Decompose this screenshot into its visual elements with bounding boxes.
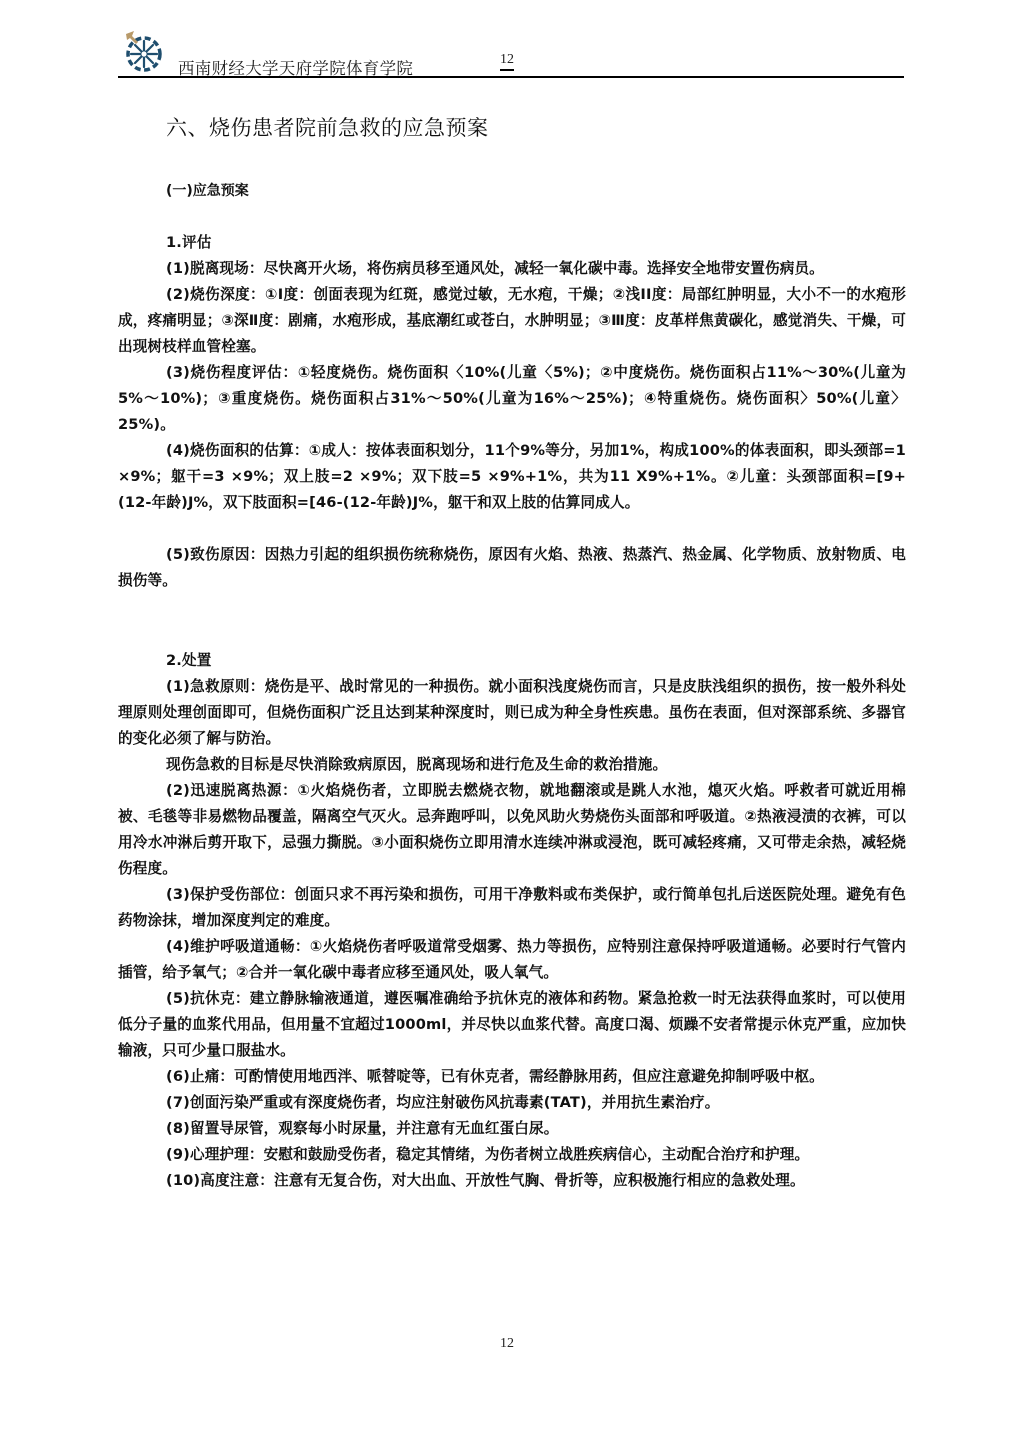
treatment-item: (2)迅速脱离热源：①火焰烧伤者，立即脱去燃烧衣物，就地翻滚或是跳人水池，熄灭火… [118, 778, 906, 882]
treatment-item: (7)创面污染严重或有深度烧伤者，均应注射破伤风抗毒素(TAT)，并用抗生素治疗… [118, 1090, 906, 1116]
assessment-item: (5)致伤原因：因热力引起的组织损伤统称烧伤，原因有火焰、热液、热蒸汽、热金属、… [118, 542, 906, 594]
assessment-section: 1.评估 (1)脱离现场：尽快离开火场，将伤病员移至通风处，减轻一氧化碳中毒。选… [118, 230, 906, 594]
assessment-item: (1)脱离现场：尽快离开火场，将伤病员移至通风处，减轻一氧化碳中毒。选择安全地带… [118, 256, 906, 282]
section-heading: (一)应急预案 [166, 180, 249, 200]
assessment-heading: 1.评估 [118, 230, 906, 256]
assessment-item: (4)烧伤面积的估算：①成人：按体表面积划分，11个9%等分，另加1%，构成10… [118, 438, 906, 516]
page-header: 西南财经大学天府学院体育学院 12 [118, 28, 904, 78]
treatment-item: (4)维护呼吸道通畅：①火焰烧伤者呼吸道常受烟雾、热力等损伤，应特别注意保持呼吸… [118, 934, 906, 986]
treatment-item: (8)留置导尿管，观察每小时尿量，并注意有无血红蛋白尿。 [118, 1116, 906, 1142]
treatment-item: (3)保护受伤部位：创面只求不再污染和损伤，可用干净敷料或布类保护，或行简单包扎… [118, 882, 906, 934]
header-page-number: 12 [500, 52, 514, 71]
university-logo-icon [122, 28, 166, 74]
page-title: 六、烧伤患者院前急救的应急预案 [166, 112, 489, 142]
treatment-item: (5)抗休克：建立静脉输液通道，遵医嘱准确给予抗休克的液体和药物。紧急抢救一时无… [118, 986, 906, 1064]
header-divider [118, 76, 904, 78]
treatment-section: 2.处置 (1)急救原则：烧伤是平、战时常见的一种损伤。就小面积浅度烧伤而言，只… [118, 648, 906, 1194]
assessment-item: (2)烧伤深度：①Ⅰ度：创面表现为红斑，感觉过敏，无水疱，干燥；②浅II度：局部… [118, 282, 906, 360]
footer-page-number: 12 [500, 1336, 514, 1352]
treatment-item: (10)高度注意：注意有无复合伤，对大出血、开放性气胸、骨折等，应积极施行相应的… [118, 1168, 906, 1194]
treatment-item: 现伤急救的目标是尽快消除致病原因，脱离现场和进行危及生命的救治措施。 [118, 752, 906, 778]
treatment-item: (6)止痛：可酌情使用地西泮、哌替啶等，已有休克者，需经静脉用药，但应注意避免抑… [118, 1064, 906, 1090]
treatment-item: (9)心理护理：安慰和鼓励受伤者，稳定其情绪，为伤者树立战胜疾病信心，主动配合治… [118, 1142, 906, 1168]
treatment-heading: 2.处置 [118, 648, 906, 674]
assessment-item: (3)烧伤程度评估：①轻度烧伤。烧伤面积〈10%(儿童〈5%)；②中度烧伤。烧伤… [118, 360, 906, 438]
treatment-item: (1)急救原则：烧伤是平、战时常见的一种损伤。就小面积浅度烧伤而言，只是皮肤浅组… [118, 674, 906, 752]
